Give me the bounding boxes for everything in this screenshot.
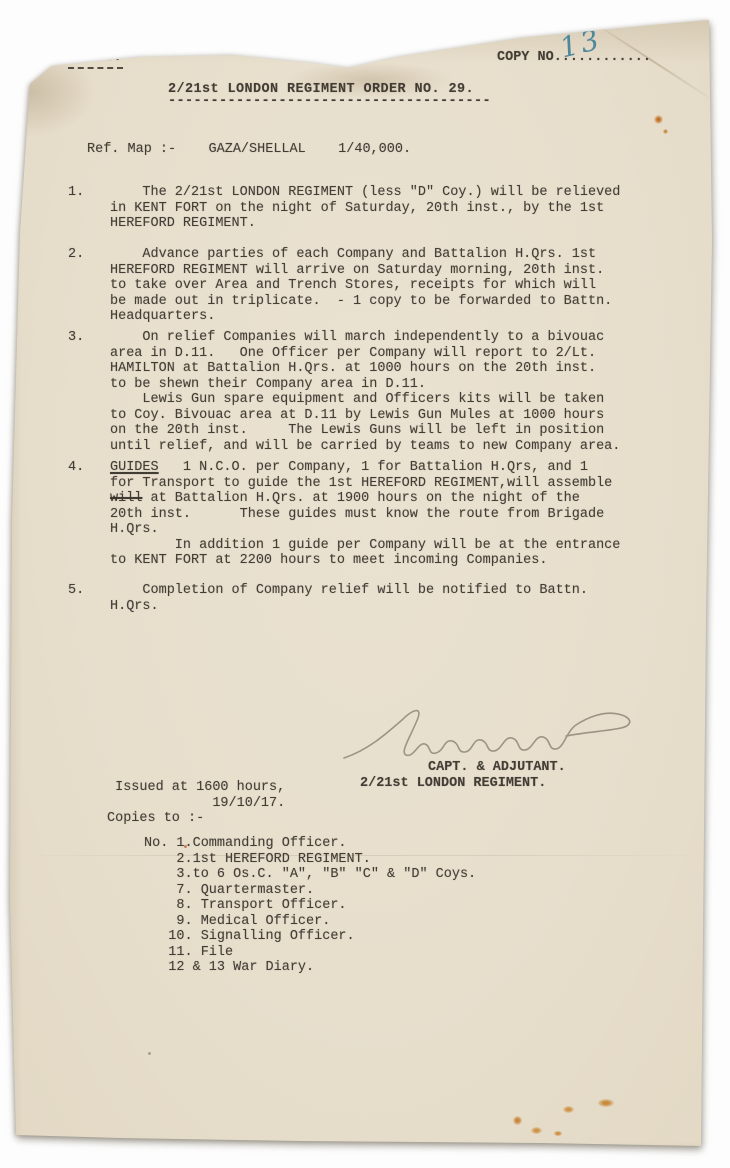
paragraph-body: Completion of Company relief will be not… bbox=[110, 583, 670, 614]
rust-stain bbox=[554, 1131, 562, 1136]
distribution-list: No. 1.Commanding Officer. 2.1st HEREFORD… bbox=[144, 836, 476, 976]
regiment-line: 2/21st LONDON REGIMENT. bbox=[360, 776, 546, 792]
rust-stain bbox=[654, 115, 663, 124]
guides-heading: GUIDES bbox=[110, 460, 159, 475]
map-reference: Ref. Map :- GAZA/SHELLAL 1/40,000. bbox=[87, 142, 411, 158]
paragraph-text: at Battalion H.Qrs. at 1900 hours on the… bbox=[110, 491, 620, 568]
paragraph-body: On relief Companies will march independe… bbox=[110, 330, 670, 454]
paragraph-body: The 2/21st LONDON REGIMENT (less "D" Coy… bbox=[110, 185, 670, 232]
paragraph-number: 5. bbox=[68, 583, 84, 599]
ink-fleck bbox=[148, 1052, 151, 1055]
paragraph-text: 1 N.C.O. per Company, 1 for Battalion H.… bbox=[110, 460, 612, 491]
paper-shadow: SECRET COPY NO............ 13 2/21st LON… bbox=[0, 0, 730, 1168]
paragraph-number: 1. bbox=[68, 185, 84, 201]
rust-stain bbox=[513, 1116, 522, 1125]
classification-stamp: SECRET bbox=[68, 50, 123, 69]
paragraph-number: 3. bbox=[68, 330, 84, 346]
title-underline: -------------------------------------- bbox=[168, 94, 491, 110]
paragraph-body: Advance parties of each Company and Batt… bbox=[110, 247, 670, 325]
rust-stain bbox=[563, 1106, 574, 1113]
signature-handwriting bbox=[338, 694, 658, 766]
rust-stain bbox=[663, 129, 668, 134]
paragraph-number: 2. bbox=[68, 247, 84, 263]
adjutant-rank-line: CAPT. & ADJUTANT. bbox=[428, 760, 566, 776]
paragraph-body: GUIDES 1 N.C.O. per Company, 1 for Batta… bbox=[110, 460, 670, 569]
rust-stain bbox=[531, 1127, 542, 1134]
document-page: SECRET COPY NO............ 13 2/21st LON… bbox=[0, 0, 730, 1168]
strikethrough-word: will bbox=[110, 491, 142, 506]
issue-info-block: Issued at 1600 hours, 19/10/17. Copies t… bbox=[107, 780, 285, 827]
rust-stain bbox=[598, 1099, 614, 1107]
paragraph-number: 4. bbox=[68, 460, 84, 476]
scan-background: SECRET COPY NO............ 13 2/21st LON… bbox=[0, 0, 730, 1168]
